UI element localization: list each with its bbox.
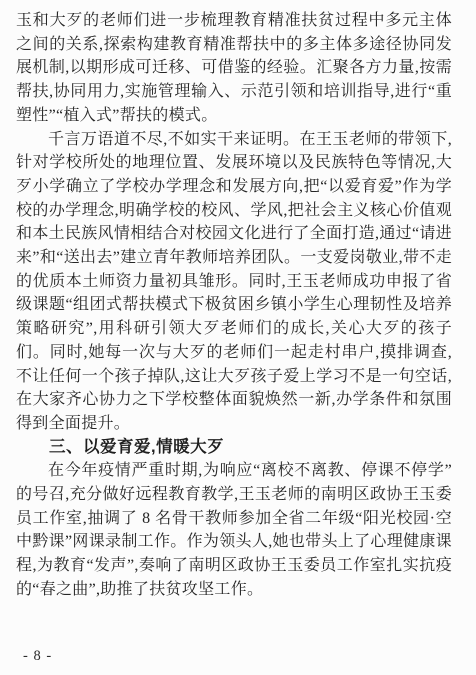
paragraph-second: 千言万语道不尽,不如实干来证明。在王玉老师的带领下,针对学校所处的地理位置、发展… bbox=[16, 128, 452, 436]
document-page: 玉和大歹的老师们进一步梳理教育精准扶贫过程中多元主体之间的关系,探索构建教育精准… bbox=[0, 0, 476, 675]
page-number: - 8 - bbox=[23, 645, 52, 669]
paragraph-continuation: 玉和大歹的老师们进一步梳理教育精准扶贫过程中多元主体之间的关系,探索构建教育精准… bbox=[16, 9, 452, 128]
section-heading: 三、以爱育爱,情暖大歹 bbox=[16, 436, 452, 460]
paragraph-third: 在今年疫情严重时期,为响应“离校不离教、停课不停学”的号召,充分做好远程教育教学… bbox=[16, 459, 452, 601]
